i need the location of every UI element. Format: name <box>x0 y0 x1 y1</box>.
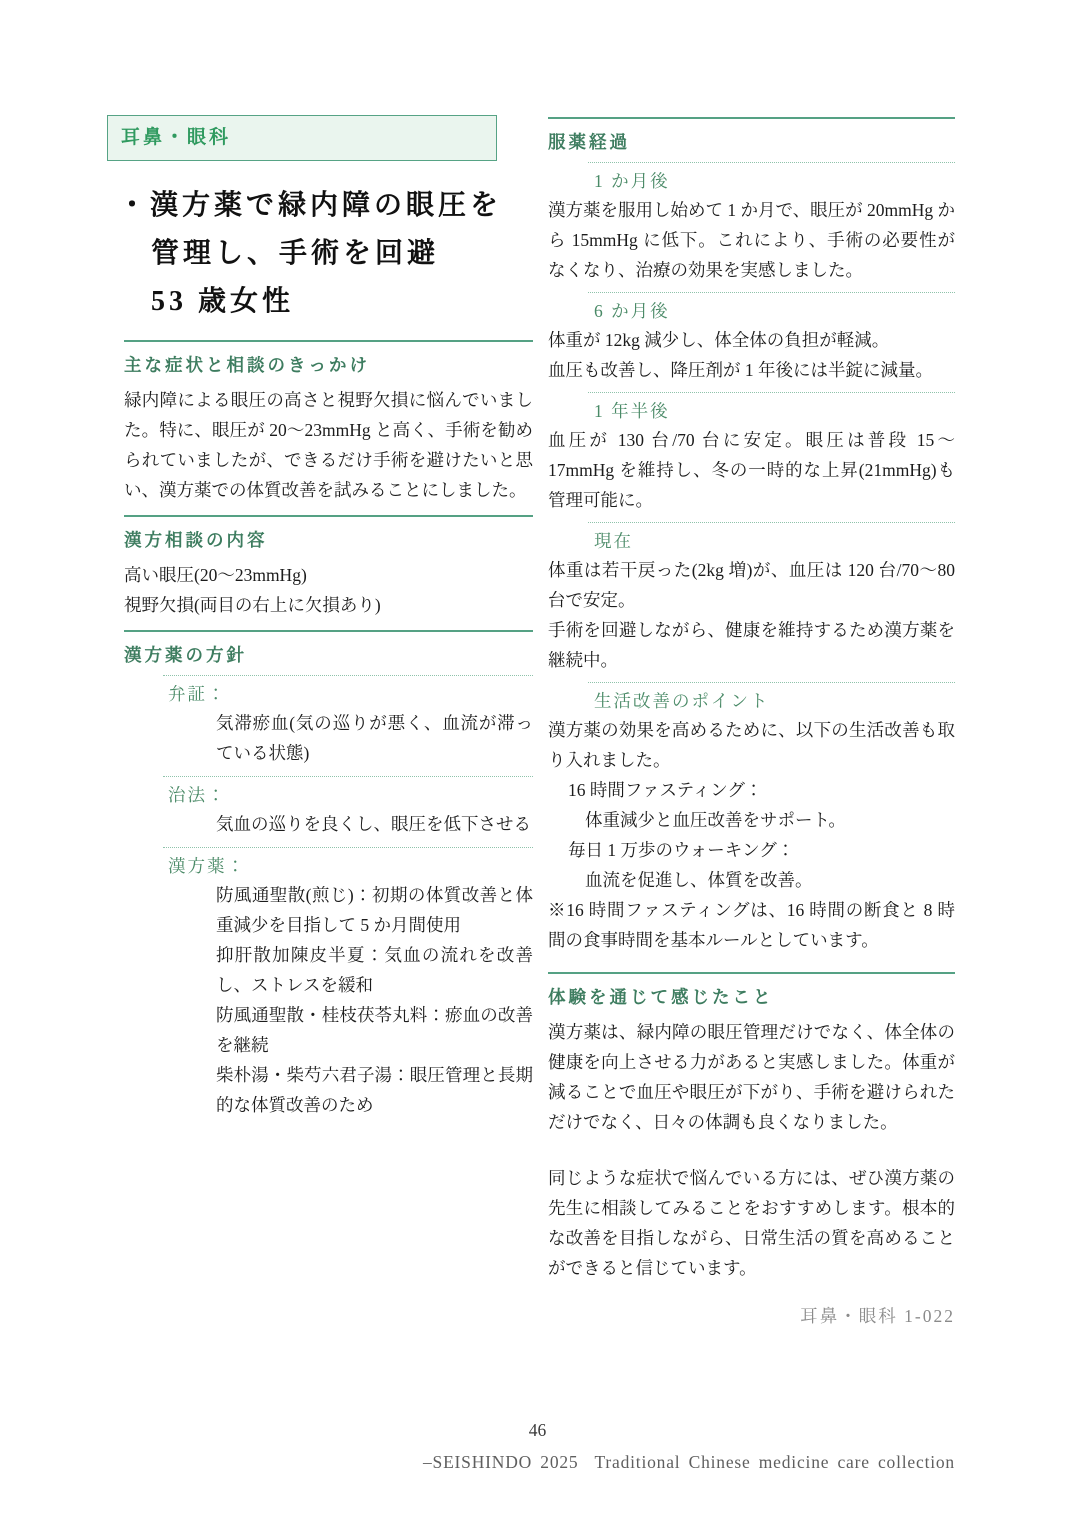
case-title: ・漢方薬で緑内障の眼圧を 管理し、手術を回避 53 歳女性 <box>118 182 543 326</box>
lifestyle-item-name: 16 時間ファスティング： <box>568 775 955 805</box>
symptoms-body: 緑内障による眼圧の高さと視野欠損に悩んでいました。特に、眼圧が 20〜23mmH… <box>124 385 533 505</box>
symptoms-heading: 主な症状と相談のきっかけ <box>124 342 533 385</box>
progress-entry-6month: 6 か月後 体重が 12kg 減少し、体全体の負担が軽減。 血圧も改善し、降圧剤… <box>548 292 955 392</box>
section-consultation: 漢方相談の内容 高い眼圧(20〜23mmHg) 視野欠損(両目の右上に欠損あり) <box>124 515 533 630</box>
progress-entry-line: 体重は若干戻った(2kg 増)が、血圧は 120 台/70〜80 台で安定。 <box>548 555 955 615</box>
progress-entry-label: 1 年半後 <box>594 398 955 423</box>
document-page: 耳鼻・眼科 ・漢方薬で緑内障の眼圧を 管理し、手術を回避 53 歳女性 主な症状… <box>0 0 1075 1518</box>
consultation-heading: 漢方相談の内容 <box>124 517 533 560</box>
section-policy: 漢方薬の方針 弁証： 気滞瘀血(気の巡りが悪く、血流が滞っている状態) 治法： … <box>124 630 533 1138</box>
lifestyle-item-effect: 体重減少と血圧改善をサポート。 <box>585 805 955 835</box>
lifestyle-item-name: 毎日 1 万歩のウォーキング： <box>568 835 955 865</box>
policy-subsection-chiho: 治法： 気血の巡りを良くし、眼圧を低下させる <box>163 776 533 847</box>
progress-entry-line: 血圧も改善し、降圧剤が 1 年後には半錠に減量。 <box>548 355 955 385</box>
consultation-item: 視野欠損(両目の右上に欠損あり) <box>124 590 533 620</box>
case-reference-number: 耳鼻・眼科 1-022 <box>548 1303 955 1328</box>
left-column: 主な症状と相談のきっかけ 緑内障による眼圧の高さと視野欠損に悩んでいました。特に… <box>124 340 533 1138</box>
right-column: 服薬経過 1 か月後 漢方薬を服用し始めて 1 か月で、眼圧が 20mmHg か… <box>548 117 955 1319</box>
progress-entry-line: 手術を回避しながら、健康を維持するため漢方薬を継続中。 <box>548 615 955 675</box>
policy-sub-label: 弁証： <box>168 681 533 706</box>
progress-entry-current: 現在 体重は若干戻った(2kg 増)が、血圧は 120 台/70〜80 台で安定… <box>548 522 955 682</box>
policy-sub-label: 治法： <box>168 782 533 807</box>
experience-heading: 体験を通じて感じたこと <box>548 974 955 1017</box>
progress-entry-label: 6 か月後 <box>594 298 955 323</box>
progress-entry-lifestyle: 生活改善のポイント 漢方薬の効果を高めるために、以下の生活改善も取り入れました。… <box>548 682 955 962</box>
progress-entry-label: 1 か月後 <box>594 168 955 193</box>
progress-entry-label: 生活改善のポイント <box>594 688 955 713</box>
section-symptoms: 主な症状と相談のきっかけ 緑内障による眼圧の高さと視野欠損に悩んでいました。特に… <box>124 340 533 515</box>
progress-entry-line: 体重が 12kg 減少し、体全体の負担が軽減。 <box>548 325 955 355</box>
publication-credit: –SEISHINDO 2025 Traditional Chinese medi… <box>423 1452 955 1473</box>
progress-heading: 服薬経過 <box>548 119 955 162</box>
section-experience: 体験を通じて感じたこと 漢方薬は、緑内障の眼圧管理だけでなく、体全体の健康を向上… <box>548 972 955 1319</box>
lifestyle-item-effect: 血流を促進し、体質を改善。 <box>585 865 955 895</box>
kampo-item: 柴朴湯・柴芍六君子湯：眼圧管理と長期的な体質改善のため <box>216 1060 533 1120</box>
experience-paragraph: 同じような症状で悩んでいる方には、ぜひ漢方薬の先生に相談してみることをおすすめし… <box>548 1163 955 1283</box>
kampo-item: 防風通聖散・桂枝茯苓丸料：瘀血の改善を継続 <box>216 1000 533 1060</box>
lifestyle-note: ※16 時間ファスティングは、16 時間の断食と 8 時間の食事時間を基本ルール… <box>548 895 955 955</box>
policy-heading: 漢方薬の方針 <box>124 632 533 675</box>
case-title-line-3: 53 歳女性 <box>118 278 543 326</box>
lifestyle-intro: 漢方薬の効果を高めるために、以下の生活改善も取り入れました。 <box>548 715 955 775</box>
kampo-item: 抑肝散加陳皮半夏：気血の流れを改善し、ストレスを緩和 <box>216 940 533 1000</box>
case-title-line-1: ・漢方薬で緑内障の眼圧を <box>118 182 543 230</box>
category-tag-label: 耳鼻・眼科 <box>121 127 231 148</box>
policy-subsection-bensho: 弁証： 気滞瘀血(気の巡りが悪く、血流が滞っている状態) <box>163 675 533 776</box>
progress-entry-body: 血圧が 130 台/70 台に安定。眼圧は普段 15〜17mmHg を維持し、冬… <box>548 425 955 515</box>
progress-entry-18month: 1 年半後 血圧が 130 台/70 台に安定。眼圧は普段 15〜17mmHg … <box>548 392 955 522</box>
policy-subsection-kampo: 漢方薬： 防風通聖散(煎じ)：初期の体質改善と体重減少を目指して 5 か月間使用… <box>163 847 533 1128</box>
category-tag-box: 耳鼻・眼科 <box>107 115 497 161</box>
experience-paragraph: 漢方薬は、緑内障の眼圧管理だけでなく、体全体の健康を向上させる力があると実感しま… <box>548 1017 955 1137</box>
policy-sub-text: 気滞瘀血(気の巡りが悪く、血流が滞っている状態) <box>216 708 533 768</box>
progress-entry-body: 漢方薬を服用し始めて 1 か月で、眼圧が 20mmHg から 15mmHg に低… <box>548 195 955 285</box>
consultation-item: 高い眼圧(20〜23mmHg) <box>124 560 533 590</box>
progress-entry-label: 現在 <box>594 528 955 553</box>
kampo-item: 防風通聖散(煎じ)：初期の体質改善と体重減少を目指して 5 か月間使用 <box>216 880 533 940</box>
policy-sub-text: 気血の巡りを良くし、眼圧を低下させる <box>216 809 533 839</box>
progress-entry-1month: 1 か月後 漢方薬を服用し始めて 1 か月で、眼圧が 20mmHg から 15m… <box>548 162 955 292</box>
policy-sub-label: 漢方薬： <box>168 853 533 878</box>
page-number: 46 <box>0 1420 1075 1441</box>
section-progress: 服薬経過 1 か月後 漢方薬を服用し始めて 1 か月で、眼圧が 20mmHg か… <box>548 117 955 972</box>
case-title-line-2: 管理し、手術を回避 <box>118 230 543 278</box>
